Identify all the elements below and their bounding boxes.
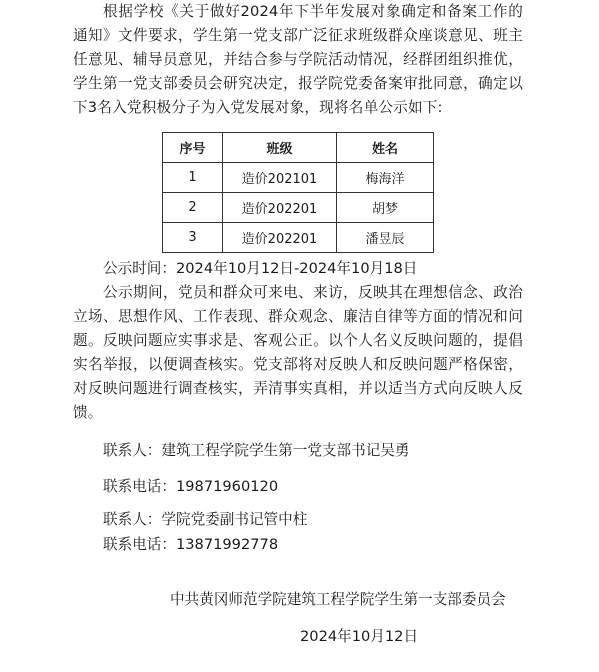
cell-class: 造价202101 — [223, 163, 337, 193]
candidate-table: 序号 班级 姓名 1 造价202101 梅海洋 2 造价202201 胡梦 3 … — [162, 132, 434, 253]
signature-date: 2024年10月12日 — [300, 625, 418, 646]
feedback-paragraph: 公示期间，党员和群众可来电、来访，反映其在理想信念、政治立场、思想作风、工作表现… — [73, 281, 523, 425]
publicity-time: 公示时间：2024年10月12日-2024年10月18日 — [103, 257, 417, 281]
cell-name: 胡梦 — [337, 193, 434, 223]
table-header-row: 序号 班级 姓名 — [163, 133, 434, 163]
cell-index: 2 — [163, 193, 223, 223]
contact-person-1: 联系人：建筑工程学院学生第一党支部书记吴勇 — [103, 441, 409, 461]
notice-document: 根据学校《关于做好2024年下半年发展对象确定和备案工作的通知》文件要求，学生第… — [73, 0, 523, 120]
contact-person-2: 联系人：学院党委副书记管中柱 — [103, 510, 307, 530]
table-row: 3 造价202201 潘昱辰 — [163, 223, 434, 253]
cell-name: 潘昱辰 — [337, 223, 434, 253]
feedback-block: 公示期间，党员和群众可来电、来访，反映其在理想信念、政治立场、思想作风、工作表现… — [73, 281, 523, 425]
table-row: 2 造价202201 胡梦 — [163, 193, 434, 223]
signature-organization: 中共黄冈师范学院建筑工程学院学生第一支部委员会 — [170, 588, 506, 609]
contact-phone-2: 联系电话：13871992778 — [103, 535, 278, 555]
cell-name: 梅海洋 — [337, 163, 434, 193]
cell-class: 造价202201 — [223, 193, 337, 223]
cell-index: 3 — [163, 223, 223, 253]
header-class: 班级 — [223, 133, 337, 163]
cell-class: 造价202201 — [223, 223, 337, 253]
table-row: 1 造价202101 梅海洋 — [163, 163, 434, 193]
cell-index: 1 — [163, 163, 223, 193]
contact-phone-1: 联系电话：19871960120 — [103, 477, 278, 497]
intro-paragraph: 根据学校《关于做好2024年下半年发展对象确定和备案工作的通知》文件要求，学生第… — [73, 0, 523, 120]
header-name: 姓名 — [337, 133, 434, 163]
header-index: 序号 — [163, 133, 223, 163]
